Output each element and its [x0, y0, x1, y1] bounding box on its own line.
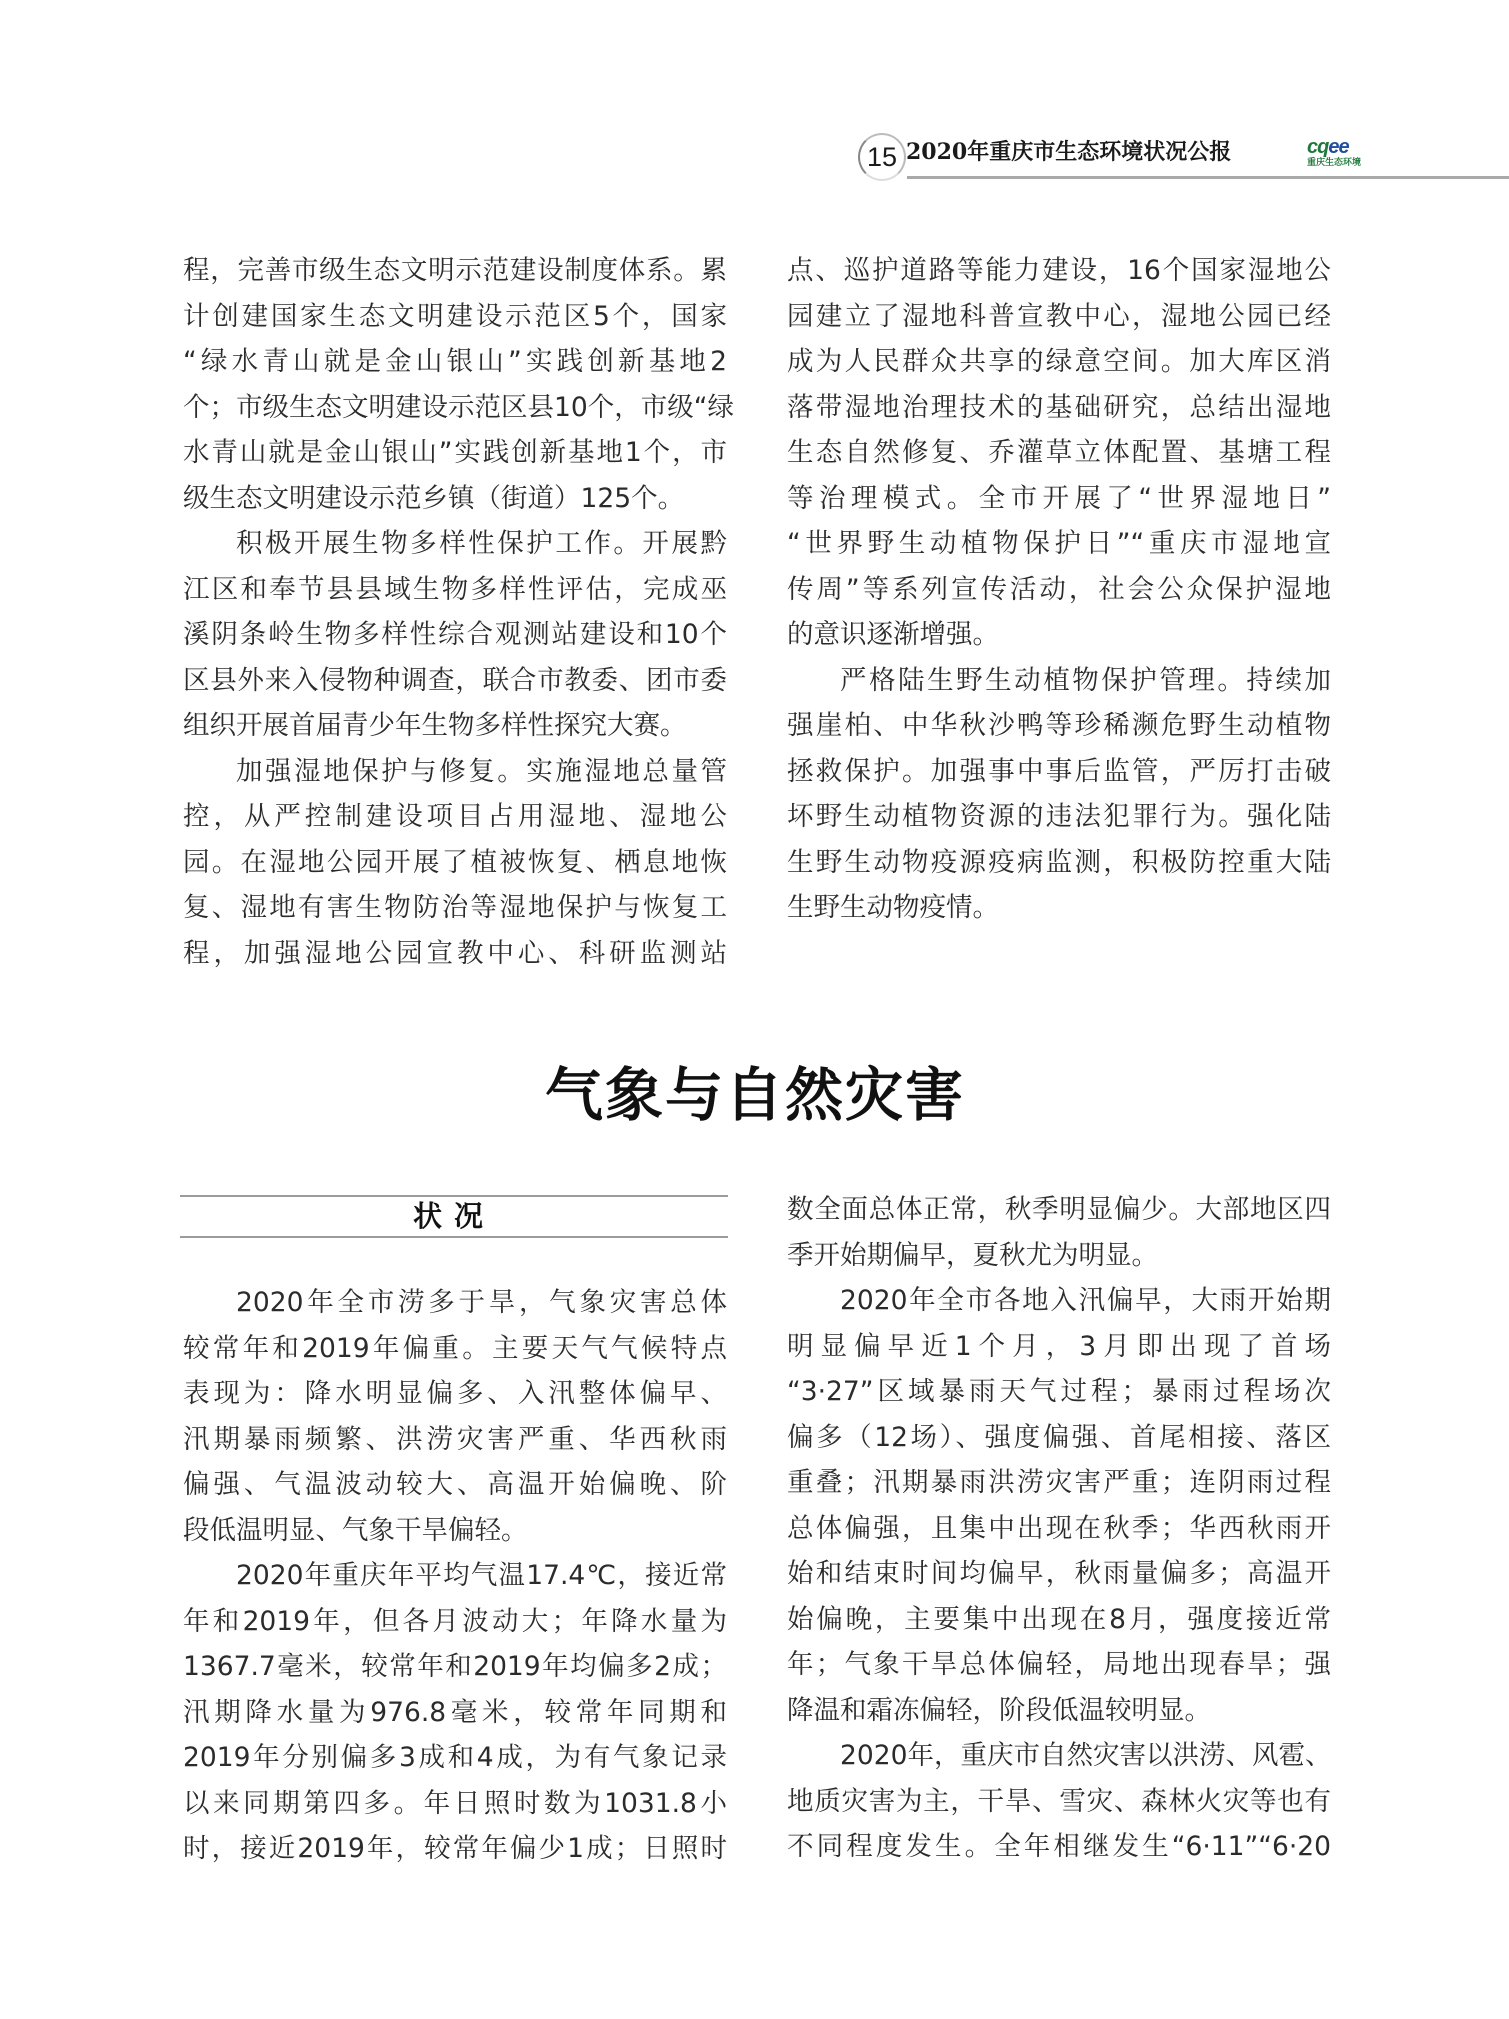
subheading-rule-bottom: [180, 1236, 728, 1238]
text-line: 落带湿地治理技术的基础研究，总结出湿地: [787, 385, 1331, 431]
text-line: “3·27”区域暴雨天气过程；暴雨过程场次: [787, 1369, 1331, 1415]
text-line: 生野生动物疫源疫病监测，积极防控重大陆: [787, 840, 1331, 886]
text-line: 点、巡护道路等能力建设，16个国家湿地公: [787, 248, 1331, 294]
subheading-label: 状况: [180, 1198, 728, 1235]
text-line: 时，接近2019年，较常年偏少1成；日照时: [183, 1826, 727, 1872]
subheading-rule-top: [180, 1195, 728, 1197]
text-line: 等治理模式。全市开展了“世界湿地日”: [787, 476, 1331, 522]
text-line: 水青山就是金山银山”实践创新基地1个，市: [183, 430, 727, 476]
text-line: 个；市级生态文明建设示范区县10个，市级“绿: [183, 385, 727, 431]
paragraph-sunshine-continued: 数全面总体正常，秋季明显偏少。大部地区四 季开始期偏早，夏秋尤为明显。: [787, 1187, 1331, 1278]
text-line: 拯救保护。加强事中事后监管，严厉打击破: [787, 749, 1331, 795]
cqee-logo: cqee 重庆生态环境: [1307, 137, 1379, 173]
text-line: 江区和奉节县县域生物多样性评估，完成巫: [183, 567, 727, 613]
text-line: 控，从严控制建设项目占用湿地、湿地公: [183, 794, 727, 840]
text-line: 加强湿地保护与修复。实施湿地总量管: [183, 749, 727, 795]
paragraph-climate-summary: 2020年全市涝多于旱，气象灾害总体 较常年和2019年偏重。主要天气气候特点 …: [183, 1280, 727, 1553]
text-line: 汛期暴雨频繁、洪涝灾害严重、华西秋雨: [183, 1417, 727, 1463]
text-line: 2020年全市涝多于旱，气象灾害总体: [183, 1280, 727, 1326]
logo-mark-icon: cqee: [1307, 137, 1379, 157]
text-line: 总体偏强，且集中出现在秋季；华西秋雨开: [787, 1506, 1331, 1552]
paragraph-biodiversity: 积极开展生物多样性保护工作。开展黔 江区和奉节县县域生物多样性评估，完成巫 溪阴…: [183, 521, 727, 749]
text-line: 季开始期偏早，夏秋尤为明显。: [787, 1233, 1331, 1279]
column-top-right: 点、巡护道路等能力建设，16个国家湿地公 园建立了湿地科普宣教中心，湿地公园已经…: [787, 248, 1331, 931]
text-line: 园建立了湿地科普宣教中心，湿地公园已经: [787, 294, 1331, 340]
logo-caption: 重庆生态环境: [1307, 157, 1379, 169]
text-line: 传周”等系列宣传活动，社会公众保护湿地: [787, 567, 1331, 613]
subheading-status: 状况: [180, 1195, 728, 1239]
text-line: 区县外来入侵物种调查，联合市教委、团市委: [183, 658, 727, 704]
text-line: 以来同期第四多。年日照时数为1031.8小: [183, 1781, 727, 1827]
text-line: 级生态文明建设示范乡镇（街道）125个。: [183, 476, 727, 522]
paragraph-natural-disasters: 2020年，重庆市自然灾害以洪涝、风雹、 地质灾害为主，干旱、雪灾、森林火灾等也…: [787, 1733, 1331, 1870]
text-line: 表现为：降水明显偏多、入汛整体偏早、: [183, 1371, 727, 1417]
text-line: “世界野生动植物保护日”“重庆市湿地宣: [787, 521, 1331, 567]
publication-title: 2020年重庆市生态环境状况公报: [906, 135, 1231, 166]
text-line: 年和2019年，但各月波动大；年降水量为: [183, 1599, 727, 1645]
text-line: 1367.7毫米，较常年和2019年均偏多2成；: [183, 1644, 727, 1690]
text-line: 坏野生动植物资源的违法犯罪行为。强化陆: [787, 794, 1331, 840]
text-line: 计创建国家生态文明建设示范区5个，国家: [183, 294, 727, 340]
text-line: 较常年和2019年偏重。主要天气气候特点: [183, 1326, 727, 1372]
text-line: 组织开展首届青少年生物多样性探究大赛。: [183, 703, 727, 749]
text-line: 地质灾害为主，干旱、雪灾、森林火灾等也有: [787, 1779, 1331, 1825]
text-line: 偏强、气温波动较大、高温开始偏晚、阶: [183, 1462, 727, 1508]
text-line: 数全面总体正常，秋季明显偏少。大部地区四: [787, 1187, 1331, 1233]
text-line: 段低温明显、气象干旱偏轻。: [183, 1508, 727, 1554]
paragraph-wetland: 加强湿地保护与修复。实施湿地总量管 控，从严控制建设项目占用湿地、湿地公 园。在…: [183, 749, 727, 977]
column-bottom-left: 2020年全市涝多于旱，气象灾害总体 较常年和2019年偏重。主要天气气候特点 …: [183, 1280, 727, 1872]
text-line: 积极开展生物多样性保护工作。开展黔: [183, 521, 727, 567]
text-line: 程，加强湿地公园宣教中心、科研监测站: [183, 931, 727, 977]
text-line: “绿水青山就是金山银山”实践创新基地2: [183, 339, 727, 385]
text-line: 汛期降水量为976.8毫米，较常年同期和: [183, 1690, 727, 1736]
text-line: 偏多（12场）、强度偏强、首尾相接、落区: [787, 1415, 1331, 1461]
text-line: 降温和霜冻偏轻，阶段低温较明显。: [787, 1688, 1331, 1734]
text-line: 溪阴条岭生物多样性综合观测站建设和10个: [183, 612, 727, 658]
column-bottom-right: 数全面总体正常，秋季明显偏少。大部地区四 季开始期偏早，夏秋尤为明显。 2020…: [787, 1187, 1331, 1870]
text-line: 强崖柏、中华秋沙鸭等珍稀濒危野生动植物: [787, 703, 1331, 749]
text-line: 重叠；汛期暴雨洪涝灾害严重；连阴雨过程: [787, 1460, 1331, 1506]
page-header: 15 2020年重庆市生态环境状况公报 cqee 重庆生态环境: [0, 0, 1509, 200]
paragraph-flood-season: 2020年全市各地入汛偏早，大雨开始期 明显偏早近1个月，3月即出现了首场 “3…: [787, 1278, 1331, 1733]
text-line: 2020年重庆年平均气温17.4℃，接近常: [183, 1553, 727, 1599]
text-line: 成为人民群众共享的绿意空间。加大库区消: [787, 339, 1331, 385]
column-top-left: 程，完善市级生态文明示范建设制度体系。累 计创建国家生态文明建设示范区5个，国家…: [183, 248, 727, 976]
text-line: 2020年，重庆市自然灾害以洪涝、风雹、: [787, 1733, 1331, 1779]
paragraph-eco-civilization: 程，完善市级生态文明示范建设制度体系。累 计创建国家生态文明建设示范区5个，国家…: [183, 248, 727, 521]
text-line: 不同程度发生。全年相继发生“6·11”“6·20: [787, 1824, 1331, 1870]
text-line: 园。在湿地公园开展了植被恢复、栖息地恢: [183, 840, 727, 886]
text-line: 始和结束时间均偏早，秋雨量偏多；高温开: [787, 1551, 1331, 1597]
paragraph-temperature-precipitation: 2020年重庆年平均气温17.4℃，接近常 年和2019年，但各月波动大；年降水…: [183, 1553, 727, 1872]
paragraph-wildlife-protection: 严格陆生野生动植物保护管理。持续加 强崖柏、中华秋沙鸭等珍稀濒危野生动植物 拯救…: [787, 658, 1331, 931]
header-divider: [907, 176, 1509, 179]
text-line: 的意识逐渐增强。: [787, 612, 1331, 658]
text-line: 生态自然修复、乔灌草立体配置、基塘工程: [787, 430, 1331, 476]
paragraph-wetland-continued: 点、巡护道路等能力建设，16个国家湿地公 园建立了湿地科普宣教中心，湿地公园已经…: [787, 248, 1331, 658]
section-title: 气象与自然灾害: [540, 1048, 970, 1132]
text-line: 年；气象干旱总体偏轻，局地出现春旱；强: [787, 1642, 1331, 1688]
text-line: 2020年全市各地入汛偏早，大雨开始期: [787, 1278, 1331, 1324]
text-line: 始偏晚，主要集中出现在8月，强度接近常: [787, 1597, 1331, 1643]
text-line: 2019年分别偏多3成和4成，为有气象记录: [183, 1735, 727, 1781]
text-line: 明显偏早近1个月，3月即出现了首场: [787, 1324, 1331, 1370]
text-line: 程，完善市级生态文明示范建设制度体系。累: [183, 248, 727, 294]
page-number: 15: [858, 133, 906, 181]
text-line: 严格陆生野生动植物保护管理。持续加: [787, 658, 1331, 704]
text-line: 复、湿地有害生物防治等湿地保护与恢复工: [183, 885, 727, 931]
text-line: 生野生动物疫情。: [787, 885, 1331, 931]
